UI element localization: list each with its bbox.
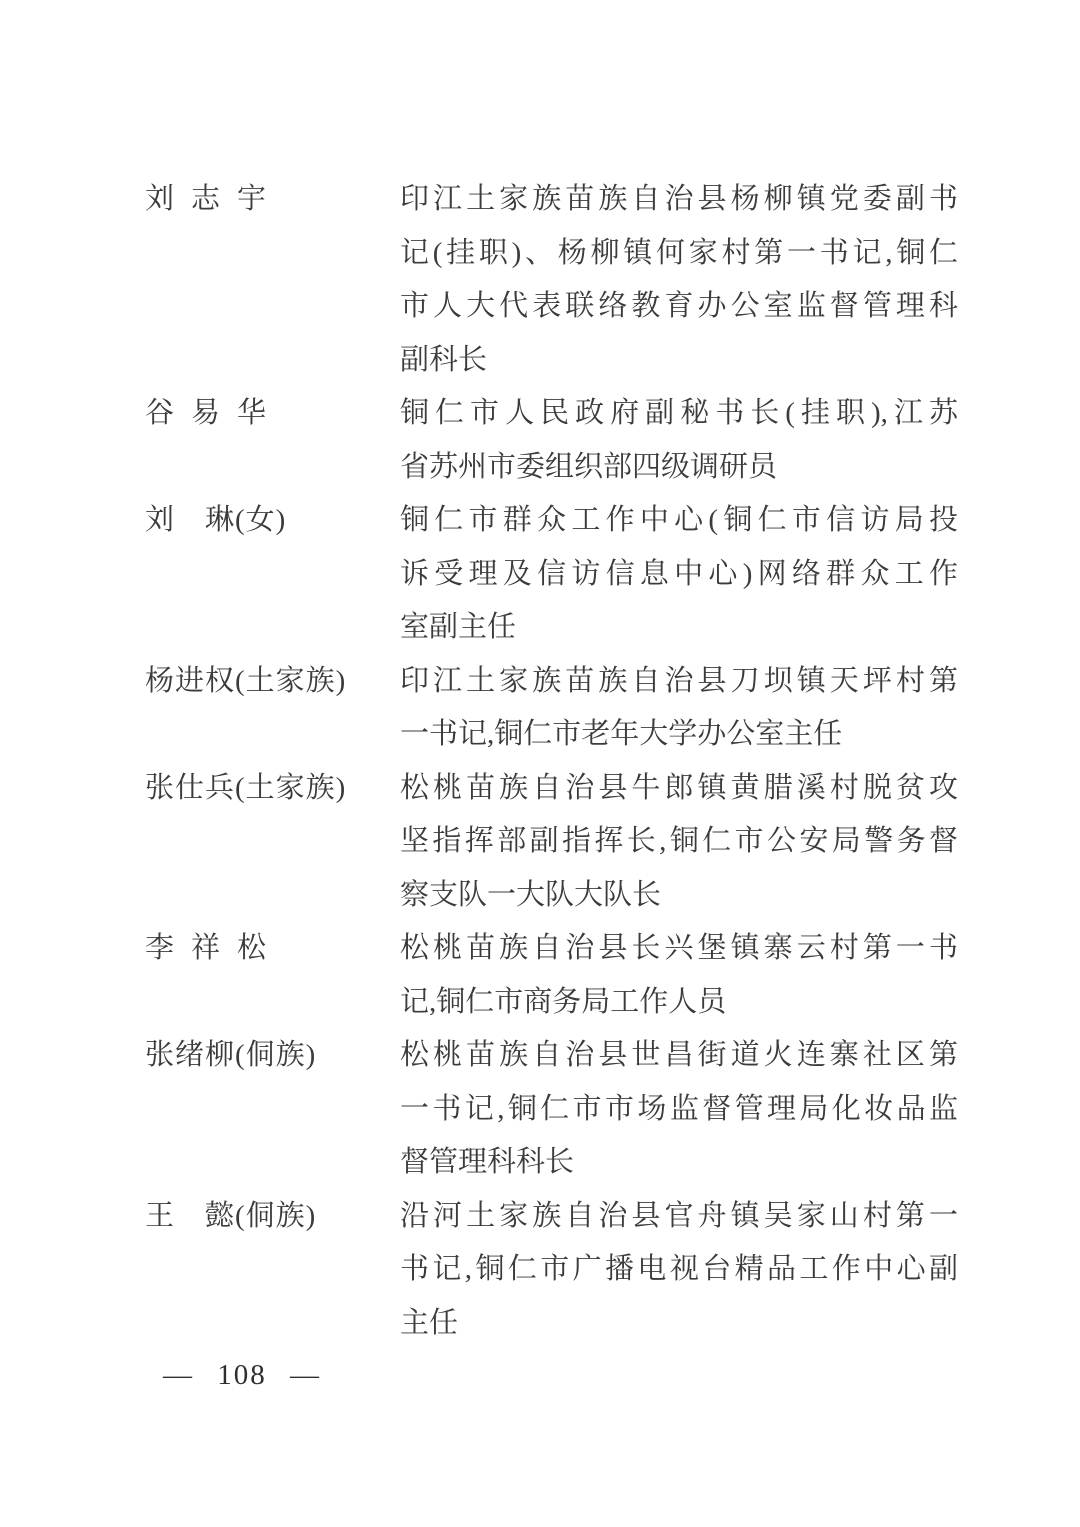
person-position: 松桃苗族自治县世昌街道火连寨社区第一书记,铜仁市市场监督管理局化妆品监督管理科科… — [400, 1029, 958, 1190]
person-position: 印江土家族苗族自治县杨柳镇党委副书记(挂职)、杨柳镇何家村第一书记,铜仁市人大代… — [400, 173, 958, 387]
roster-entry: 杨进权(土家族) 印江土家族苗族自治县刀坝镇天坪村第一书记,铜仁市老年大学办公室… — [145, 655, 958, 762]
person-name: 刘 琳(女) — [145, 494, 400, 548]
document-page: 刘志宇 印江土家族苗族自治县杨柳镇党委副书记(挂职)、杨柳镇何家村第一书记,铜仁… — [0, 0, 1080, 1527]
person-position: 铜仁市群众工作中心(铜仁市信访局投诉受理及信访信息中心)网络群众工作室副主任 — [400, 494, 958, 655]
position-line: 室副主任 — [400, 601, 958, 655]
roster-list: 刘志宇 印江土家族苗族自治县杨柳镇党委副书记(挂职)、杨柳镇何家村第一书记,铜仁… — [145, 173, 958, 1350]
page-number: — 108 — — [163, 1349, 321, 1403]
position-line: 一书记,铜仁市老年大学办公室主任 — [400, 708, 958, 762]
roster-entry: 谷易华 铜仁市人民政府副秘书长(挂职),江苏省苏州市委组织部四级调研员 — [145, 387, 958, 494]
position-line: 市人大代表联络教育办公室监督管理科 — [400, 280, 958, 334]
person-name: 刘志宇 — [145, 173, 400, 227]
person-position: 沿河土家族自治县官舟镇吴家山村第一书记,铜仁市广播电视台精品工作中心副主任 — [400, 1190, 958, 1351]
position-line: 铜仁市群众工作中心(铜仁市信访局投 — [400, 494, 958, 548]
position-line: 省苏州市委组织部四级调研员 — [400, 441, 958, 495]
roster-entry: 刘 琳(女) 铜仁市群众工作中心(铜仁市信访局投诉受理及信访信息中心)网络群众工… — [145, 494, 958, 655]
position-line: 松桃苗族自治县长兴堡镇寨云村第一书 — [400, 922, 958, 976]
person-name: 李祥松 — [145, 922, 400, 976]
position-line: 松桃苗族自治县牛郎镇黄腊溪村脱贫攻 — [400, 762, 958, 816]
position-line: 察支队一大队大队长 — [400, 869, 958, 923]
position-line: 沿河土家族自治县官舟镇吴家山村第一 — [400, 1190, 958, 1244]
person-name: 王 懿(侗族) — [145, 1190, 400, 1244]
position-line: 一书记,铜仁市市场监督管理局化妆品监 — [400, 1083, 958, 1137]
position-line: 铜仁市人民政府副秘书长(挂职),江苏 — [400, 387, 958, 441]
position-line: 书记,铜仁市广播电视台精品工作中心副 — [400, 1243, 958, 1297]
person-name: 谷易华 — [145, 387, 400, 441]
position-line: 副科长 — [400, 334, 958, 388]
position-line: 记,铜仁市商务局工作人员 — [400, 976, 958, 1030]
roster-entry: 王 懿(侗族) 沿河土家族自治县官舟镇吴家山村第一书记,铜仁市广播电视台精品工作… — [145, 1190, 958, 1351]
position-line: 督管理科科长 — [400, 1136, 958, 1190]
person-position: 铜仁市人民政府副秘书长(挂职),江苏省苏州市委组织部四级调研员 — [400, 387, 958, 494]
person-position: 松桃苗族自治县牛郎镇黄腊溪村脱贫攻坚指挥部副指挥长,铜仁市公安局警务督察支队一大… — [400, 762, 958, 923]
position-line: 记(挂职)、杨柳镇何家村第一书记,铜仁 — [400, 227, 958, 281]
roster-entry: 刘志宇 印江土家族苗族自治县杨柳镇党委副书记(挂职)、杨柳镇何家村第一书记,铜仁… — [145, 173, 958, 387]
person-name: 张绪柳(侗族) — [145, 1029, 400, 1083]
person-position: 印江土家族苗族自治县刀坝镇天坪村第一书记,铜仁市老年大学办公室主任 — [400, 655, 958, 762]
position-line: 印江土家族苗族自治县刀坝镇天坪村第 — [400, 655, 958, 709]
position-line: 印江土家族苗族自治县杨柳镇党委副书 — [400, 173, 958, 227]
position-line: 松桃苗族自治县世昌街道火连寨社区第 — [400, 1029, 958, 1083]
person-name: 张仕兵(土家族) — [145, 762, 400, 816]
position-line: 坚指挥部副指挥长,铜仁市公安局警务督 — [400, 815, 958, 869]
roster-entry: 李祥松 松桃苗族自治县长兴堡镇寨云村第一书记,铜仁市商务局工作人员 — [145, 922, 958, 1029]
roster-entry: 张绪柳(侗族) 松桃苗族自治县世昌街道火连寨社区第一书记,铜仁市市场监督管理局化… — [145, 1029, 958, 1190]
position-line: 主任 — [400, 1297, 958, 1351]
roster-entry: 张仕兵(土家族) 松桃苗族自治县牛郎镇黄腊溪村脱贫攻坚指挥部副指挥长,铜仁市公安… — [145, 762, 958, 923]
position-line: 诉受理及信访信息中心)网络群众工作 — [400, 548, 958, 602]
person-position: 松桃苗族自治县长兴堡镇寨云村第一书记,铜仁市商务局工作人员 — [400, 922, 958, 1029]
person-name: 杨进权(土家族) — [145, 655, 400, 709]
